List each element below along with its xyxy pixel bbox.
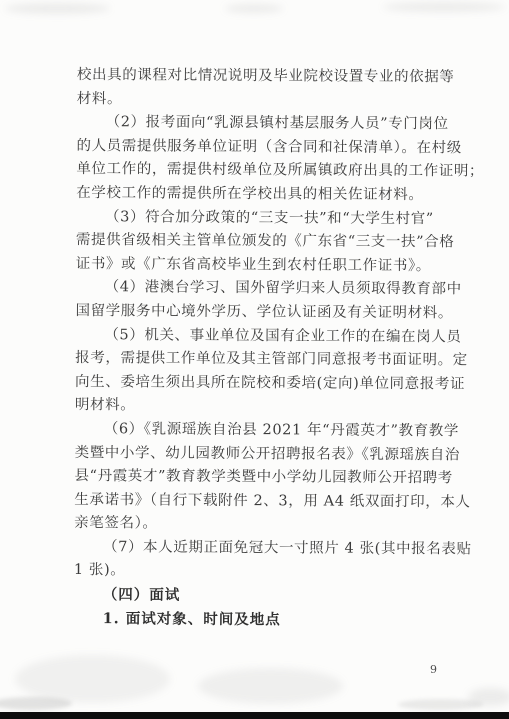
text-line: 需提供省级相关主管单位颁发的《广东省“三支一扶”合格 bbox=[76, 229, 458, 255]
scan-smudge bbox=[225, 4, 283, 13]
scan-smudge bbox=[15, 655, 170, 703]
text-line: 县“丹霞英才”教育教学类暨中小学幼儿园教师公开招聘考 bbox=[74, 465, 456, 491]
text-line: 明材料。 bbox=[75, 394, 457, 420]
text-line: （6）《乳源瑶族自治县 2021 年“丹霞英才”教育教学 bbox=[75, 418, 457, 444]
scan-smudge bbox=[383, 2, 505, 12]
text-line: 报考，需提供工作单位及其主管部门同意报考书面证明。定 bbox=[75, 347, 457, 373]
text-line: 类暨中小学、幼儿园教师公开招聘报名表》《乳源瑶族自治 bbox=[75, 441, 457, 467]
text-line: （2）报考面向“乳源县镇村基层服务人员”专门岗位 bbox=[77, 111, 459, 137]
page-number: 9 bbox=[430, 663, 437, 676]
scan-edge-bar bbox=[0, 712, 509, 719]
scan-smudge bbox=[5, 3, 110, 14]
document-page: 校出具的课程对比情况说明及毕业院校设置专业的依据等 材料。 （2）报考面向“乳源… bbox=[0, 0, 509, 719]
text-line: 向生、委培生须出具所在院校和委培(定向)单位同意报考证 bbox=[75, 371, 457, 397]
text-line: （3）符合加分政策的“三支一扶”和“大学生村官” bbox=[76, 206, 458, 232]
text-line: 1 张)。 bbox=[74, 559, 456, 585]
text-line: 生承诺书》（自行下载附件 2、3，用 A4 纸双面打印，本人 bbox=[74, 489, 456, 515]
scan-smudge bbox=[468, 688, 509, 706]
scan-smudge bbox=[198, 668, 343, 704]
subsection-heading-interview-details: 1. 面试对象、时间及地点 bbox=[74, 607, 456, 633]
text-line: （7）本人近期正面免冠大一寸照片 4 张(其中报名表贴 bbox=[74, 536, 456, 562]
document-text-block: 校出具的课程对比情况说明及毕业院校设置专业的依据等 材料。 （2）报考面向“乳源… bbox=[74, 64, 459, 633]
text-line: 在学校工作的需提供所在学校出具的相关佐证材料。 bbox=[76, 182, 458, 208]
text-line: 单位工作的，需提供村级单位及所属镇政府出具的工作证明； bbox=[76, 158, 458, 184]
scan-smudge bbox=[398, 699, 483, 710]
text-line: 国留学服务中心境外学历、学位认证函及有关证明材料。 bbox=[75, 300, 457, 326]
text-line: （5）机关、事业单位及国有企业工作的在编在岗人员 bbox=[75, 324, 457, 350]
scan-smudge bbox=[0, 697, 72, 710]
text-line: （4）港澳台学习、国外留学归来人员须取得教育部中 bbox=[76, 276, 458, 302]
text-line: 亲笔签名）。 bbox=[74, 512, 456, 538]
text-line: 材料。 bbox=[77, 88, 459, 114]
section-heading-interview: （四）面试 bbox=[74, 583, 456, 609]
text-line: 校出具的课程对比情况说明及毕业院校设置专业的依据等 bbox=[77, 64, 459, 90]
text-line: 证书》或《广东省高校毕业生到农村任职工作证书》。 bbox=[76, 253, 458, 279]
text-line: 的人员需提供服务单位证明（含合同和社保清单）。在村级 bbox=[76, 135, 458, 161]
